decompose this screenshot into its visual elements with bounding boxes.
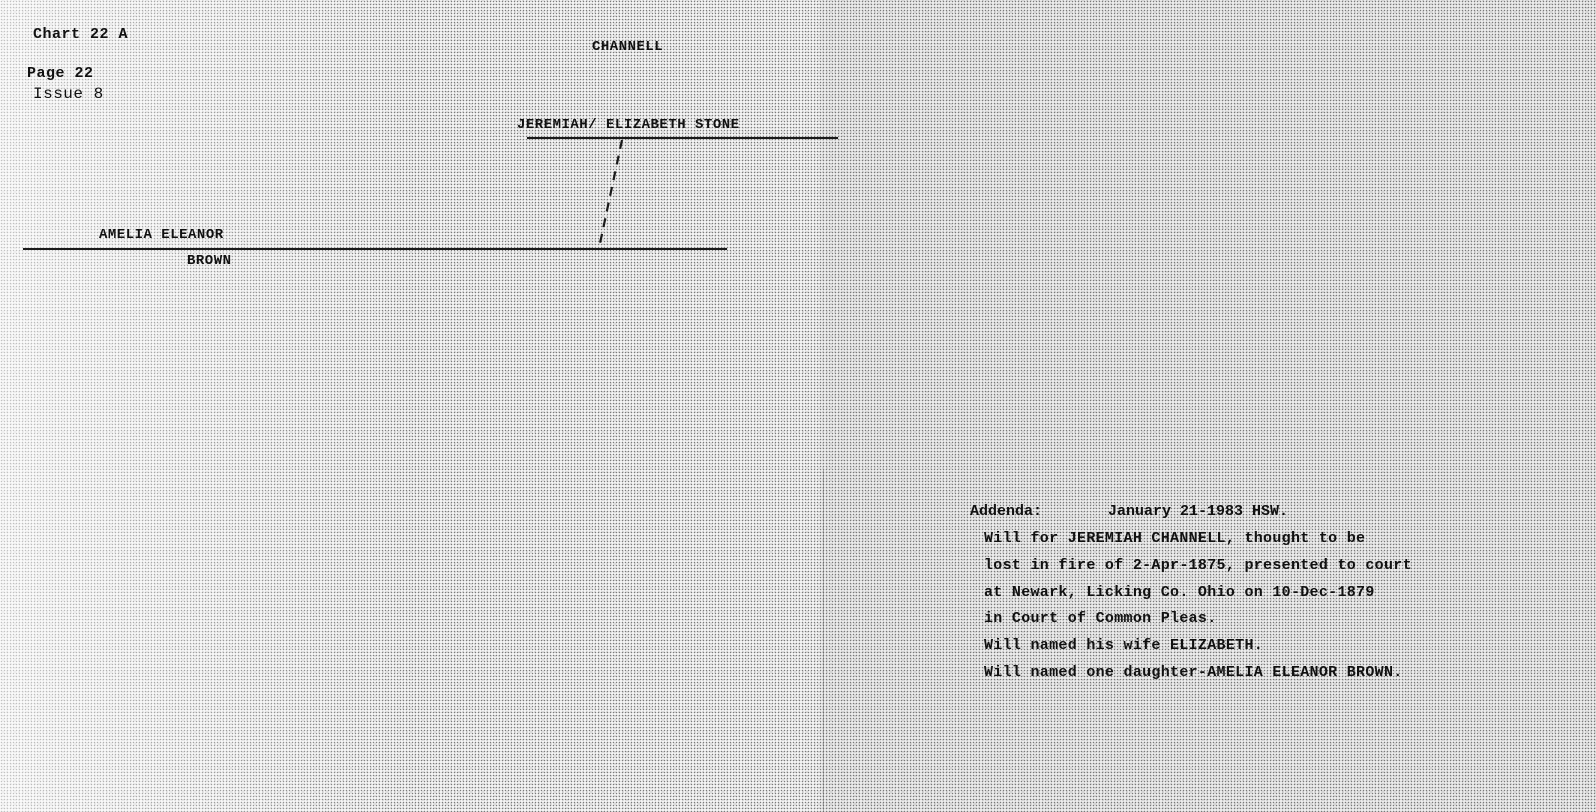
paper-shading-left bbox=[0, 0, 420, 812]
addenda-line: Will for JEREMIAH CHANNELL, thought to b… bbox=[970, 530, 1412, 557]
addenda-date: January 21-1983 HSW. bbox=[1108, 503, 1288, 520]
addenda-line: at Newark, Licking Co. Ohio on 10-Dec-18… bbox=[970, 584, 1412, 611]
child-given-names: AMELIA ELEANOR bbox=[99, 228, 224, 242]
addenda-label: Addenda: bbox=[970, 503, 1042, 520]
addenda-line: lost in fire of 2-Apr-1875, presented to… bbox=[970, 557, 1412, 584]
parents-underline bbox=[527, 137, 838, 139]
family-surname: CHANNELL bbox=[592, 40, 663, 54]
page-label: Page 22 bbox=[27, 66, 94, 81]
issue-label: Issue 8 bbox=[33, 86, 104, 102]
addenda-header: Addenda: January 21-1983 HSW. bbox=[970, 503, 1412, 530]
addenda-line: Will named one daughter-AMELIA ELEANOR B… bbox=[970, 664, 1412, 691]
descent-connector-dashed-line bbox=[590, 138, 630, 250]
child-line bbox=[23, 248, 727, 250]
child-married-surname: BROWN bbox=[187, 254, 232, 268]
parents-names: JEREMIAH/ ELIZABETH STONE bbox=[517, 118, 740, 132]
chart-label: Chart 22 A bbox=[33, 27, 128, 42]
paper-fold-line bbox=[823, 470, 824, 812]
addenda-line: Will named his wife ELIZABETH. bbox=[970, 637, 1412, 664]
addenda-note: Addenda: January 21-1983 HSW. Will for J… bbox=[970, 503, 1412, 691]
addenda-line: in Court of Common Pleas. bbox=[970, 610, 1412, 637]
